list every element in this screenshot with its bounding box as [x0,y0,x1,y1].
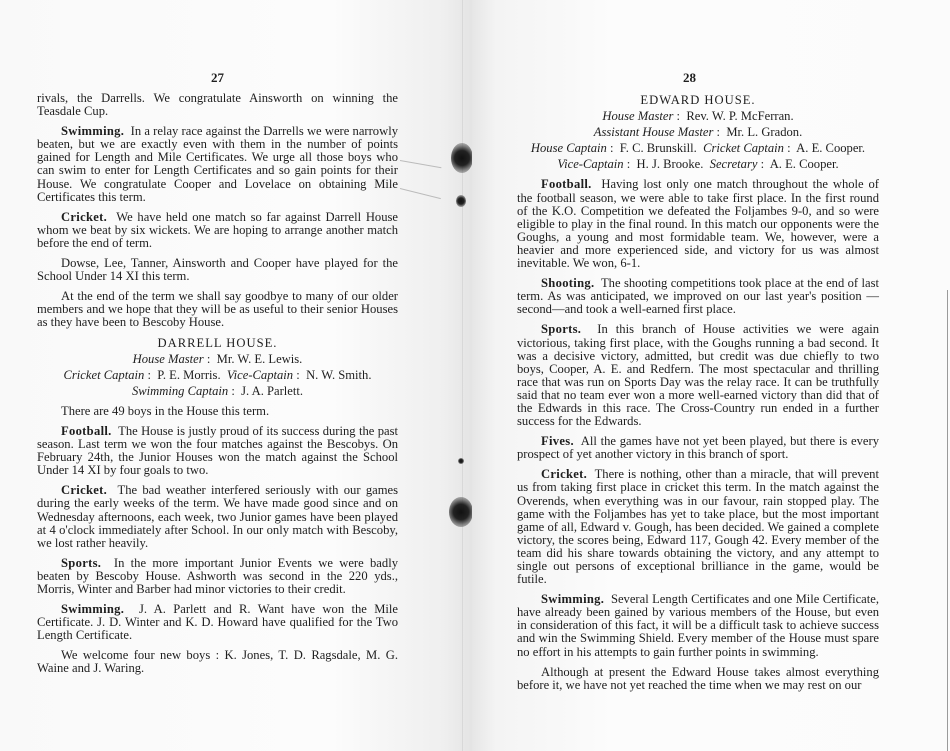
section-heading: Swimming. [61,124,124,138]
staple-mark-top-small [456,195,466,207]
paragraph-edward-football: Football. Having lost only one match thr… [517,178,879,270]
paragraph-edward-sports: Sports. In this branch of House activiti… [517,323,879,428]
swimming-captain-line: Swimming Captain : J. A. Parlett. [37,385,398,398]
paragraph-darrell-cricket: Cricket. The bad weather interfered seri… [37,484,398,549]
book-spread: 27 rivals, the Darrells. We congratulate… [0,0,950,751]
paragraph-edward-cricket: Cricket. There is nothing, other than a … [517,468,879,586]
section-heading: Sports. [61,556,101,570]
paragraph-bescoby-cricket: Cricket. We have held one match so far a… [37,211,398,250]
left-page: 27 rivals, the Darrells. We congratulate… [0,0,472,751]
assistant-master-line: Assistant House Master : Mr. L. Gradon. [517,126,879,139]
paragraph-darrell-swimming: Swimming. J. A. Parlett and R. Want have… [37,603,398,642]
edward-house-header: EDWARD HOUSE. House Master : Rev. W. P. … [517,94,879,171]
section-heading: Cricket. [61,210,107,224]
paragraph-darrell-sports: Sports. In the more important Junior Eve… [37,557,398,596]
paragraph-darrell-football: Football. The House is justly proud of i… [37,425,398,477]
page-number: 27 [0,70,455,86]
right-page-text: EDWARD HOUSE. House Master : Rev. W. P. … [517,92,879,699]
paper-fiber [400,188,441,199]
house-master-line: House Master : Rev. W. P. McFerran. [517,110,879,123]
section-heading: Cricket. [61,483,107,497]
darrell-house-header: DARRELL HOUSE. House Master : Mr. W. E. … [37,337,398,398]
paragraph-darrell-new-boys: We welcome four new boys : K. Jones, T. … [37,649,398,675]
section-heading: Swimming. [541,592,604,606]
paragraph-edward-swimming: Swimming. Several Length Certificates an… [517,593,879,658]
staple-mark-top [451,143,473,173]
gutter-fold [462,0,463,751]
paragraph-bescoby-players: Dowse, Lee, Tanner, Ainsworth and Cooper… [37,257,398,283]
continuation-paragraph: rivals, the Darrells. We congratulate Ai… [37,92,398,118]
paragraph-edward-shooting: Shooting. The shooting competitions took… [517,277,879,316]
paragraph-bescoby-swimming: Swimming. In a relay race against the Da… [37,125,398,204]
paper-fiber [400,160,442,168]
left-page-text: rivals, the Darrells. We congratulate Ai… [37,92,398,683]
paragraph-bescoby-farewell: At the end of the term we shall say good… [37,290,398,329]
right-page: 28 EDWARD HOUSE. House Master : Rev. W. … [472,0,950,751]
section-heading: Football. [541,177,592,191]
house-title: DARRELL HOUSE. [37,337,398,350]
paragraph-edward-fives: Fives. All the games have not yet been p… [517,435,879,461]
section-heading: Cricket. [541,467,587,481]
page-number: 28 [452,70,927,86]
section-heading: Shooting. [541,276,594,290]
captains-line: House Captain : F. C. Brunskill. Cricket… [517,142,879,155]
house-title: EDWARD HOUSE. [517,94,879,107]
captains-line: Cricket Captain : P. E. Morris. Vice-Cap… [37,369,398,382]
section-heading: Fives. [541,434,574,448]
staple-mark-bottom [449,497,473,527]
paragraph-edward-closing: Although at present the Edward House tak… [517,666,879,692]
paragraph-darrell-intro: There are 49 boys in the House this term… [37,405,398,418]
staple-mark-bottom-small [458,458,464,464]
section-heading: Swimming. [61,602,124,616]
section-heading: Sports. [541,322,581,336]
house-master-line: House Master : Mr. W. E. Lewis. [37,353,398,366]
vice-secretary-line: Vice-Captain : H. J. Brooke. Secretary :… [517,158,879,171]
section-heading: Football. [61,424,112,438]
page-edge [947,290,948,751]
